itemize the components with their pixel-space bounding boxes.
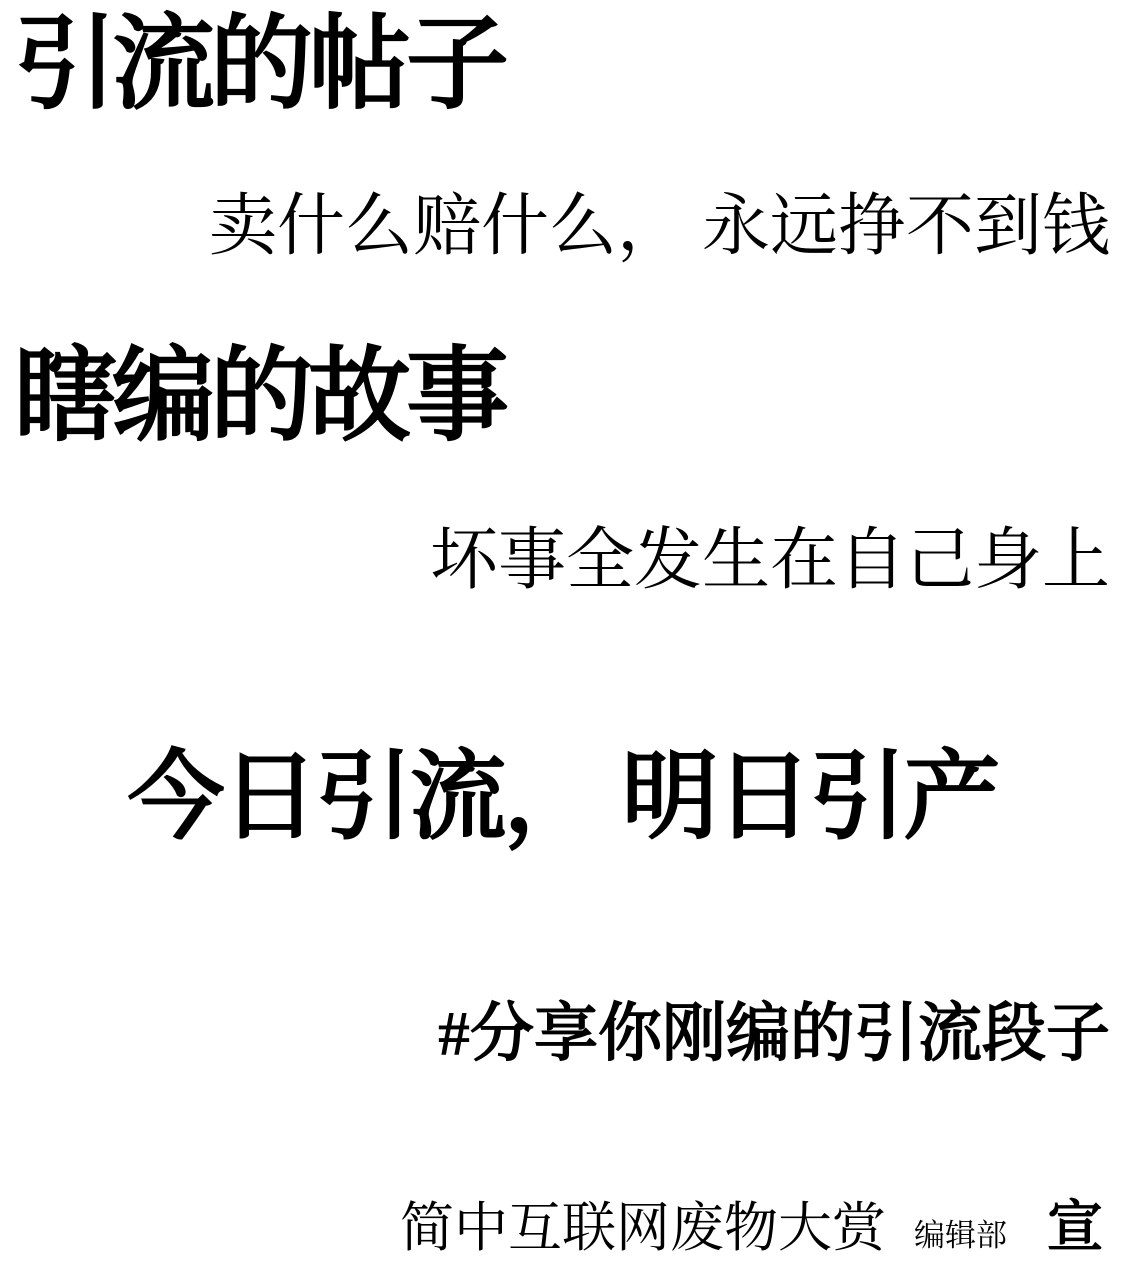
footer-announce-seal: 宣 — [1047, 1200, 1103, 1256]
subline-bad-things-happen-to-self: 坏事全发生在自己身上 — [430, 526, 1110, 594]
slogan-today-traffic-tomorrow: 今日引流， 明日引产 — [128, 748, 998, 845]
headline-made-up-stories: 瞎编的故事 — [14, 344, 504, 447]
headline-traffic-posts: 引流的帖子 — [14, 12, 504, 115]
footer-editorial-dept: 编辑部 — [914, 1220, 1007, 1251]
meme-poster: 引流的帖子 卖什么赔什么， 永远挣不到钱 瞎编的故事 坏事全发生在自己身上 今日… — [0, 0, 1125, 1280]
subline-sell-anything-lose-money: 卖什么赔什么， 永远挣不到钱 — [209, 192, 1110, 260]
footer-credit: 简中互联网废物大赏 编辑部 宣 — [400, 1200, 1103, 1256]
hashtag-share-your-made-up-joke: #分享你刚编的引流段子 — [438, 1002, 1110, 1066]
footer-org-name: 简中互联网废物大赏 — [400, 1201, 886, 1255]
